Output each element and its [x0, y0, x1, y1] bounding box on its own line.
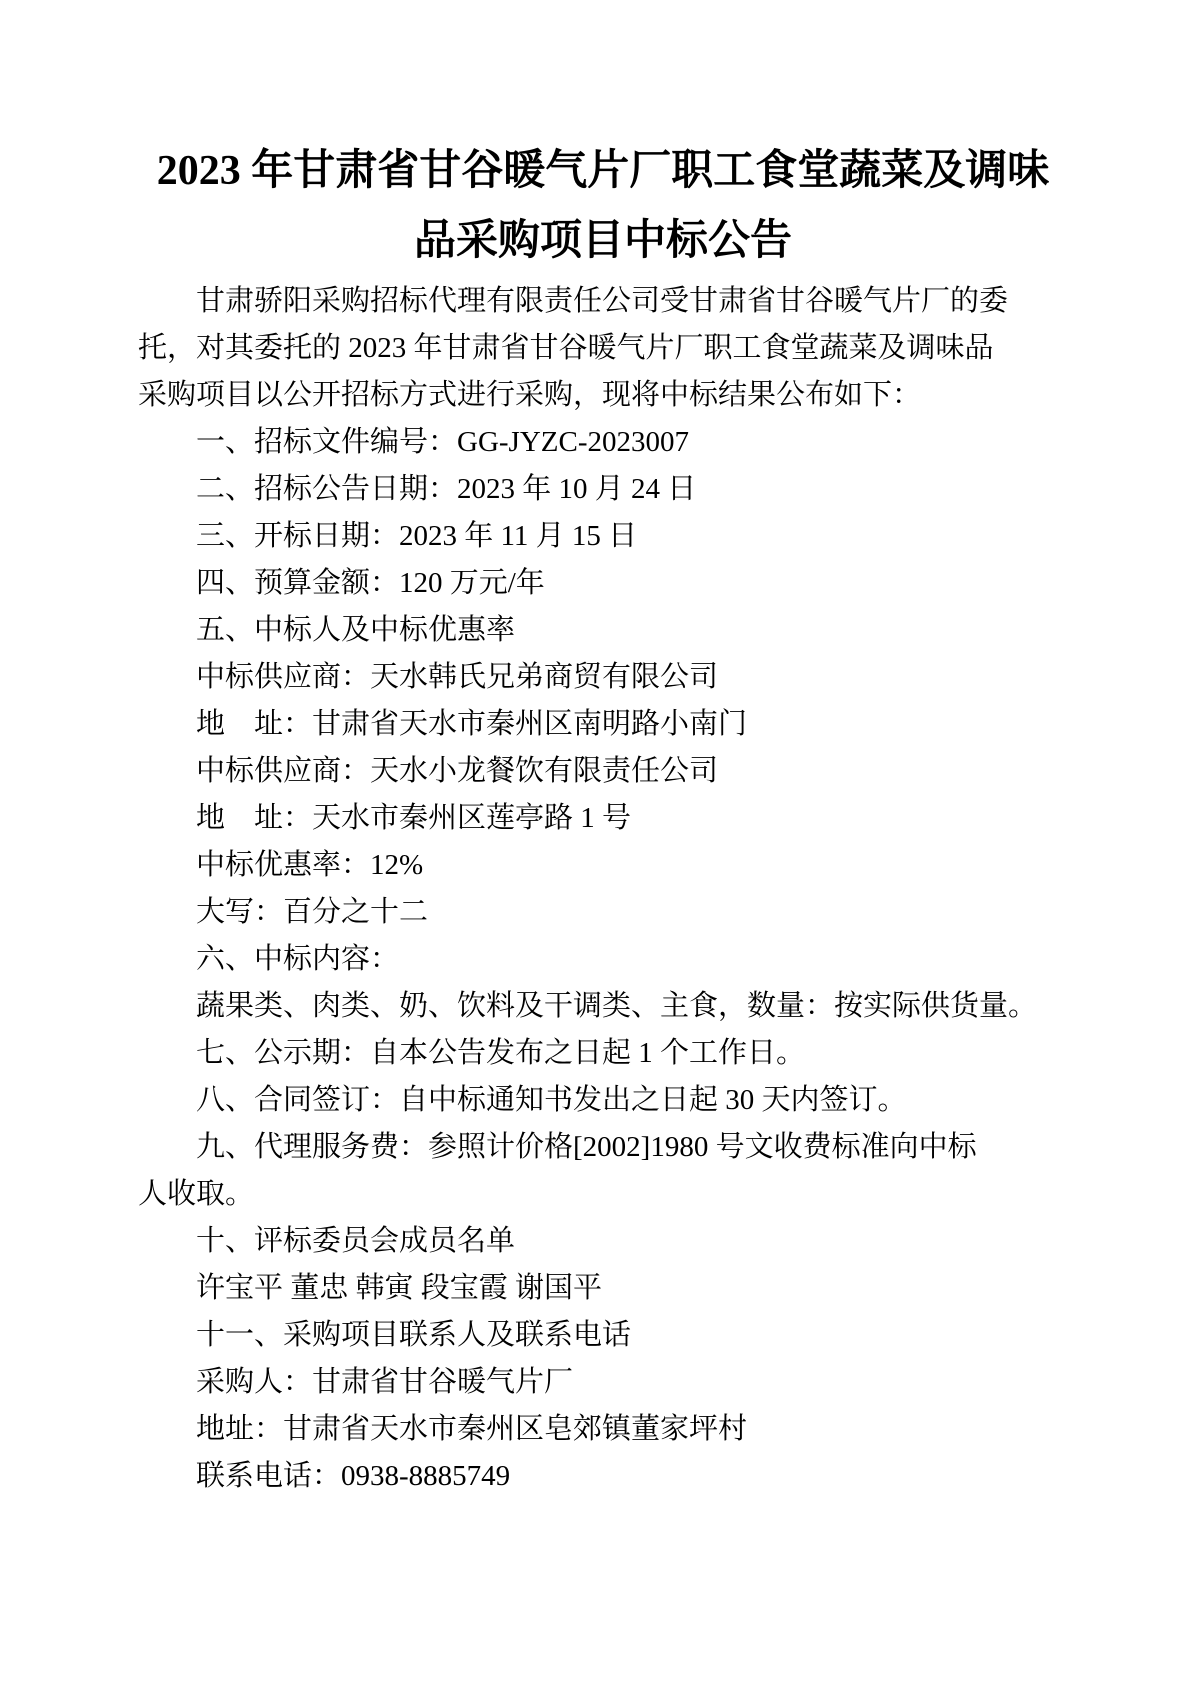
item-2-tender-announcement-date: 二、招标公告日期：2023 年 10 月 24 日 [138, 466, 1068, 513]
intro-paragraph-line-2: 托，对其委托的 2023 年甘肃省甘谷暖气片厂职工食堂蔬菜及调味品 [138, 325, 1068, 372]
intro-paragraph-line-1: 甘肃骄阳采购招标代理有限责任公司受甘肃省甘谷暖气片厂的委 [138, 278, 1068, 325]
evaluation-committee-members: 许宝平 董忠 韩寅 段宝霞 谢国平 [138, 1265, 1068, 1312]
item-6-award-content-heading: 六、中标内容： [138, 936, 1068, 983]
item-1-tender-document-number: 一、招标文件编号：GG-JYZC-2023007 [138, 419, 1068, 466]
document-body: 甘肃骄阳采购招标代理有限责任公司受甘肃省甘谷暖气片厂的委 托，对其委托的 202… [138, 278, 1068, 1500]
purchaser-address: 地址：甘肃省天水市秦州区皂郊镇董家坪村 [138, 1406, 1068, 1453]
item-11-contact-heading: 十一、采购项目联系人及联系电话 [138, 1312, 1068, 1359]
winning-supplier-1: 中标供应商：天水韩氏兄弟商贸有限公司 [138, 654, 1068, 701]
document-page: 2023 年甘肃省甘谷暖气片厂职工食堂蔬菜及调味 品采购项目中标公告 甘肃骄阳采… [0, 0, 1191, 1684]
item-9-agency-fee-line-2: 人收取。 [138, 1171, 1068, 1218]
item-5-winning-bidder-heading: 五、中标人及中标优惠率 [138, 607, 1068, 654]
award-content-detail: 蔬果类、肉类、奶、饮料及干调类、主食，数量：按实际供货量。 [138, 983, 1068, 1030]
item-8-contract-signing: 八、合同签订：自中标通知书发出之日起 30 天内签订。 [138, 1077, 1068, 1124]
item-7-publicity-period: 七、公示期：自本公告发布之日起 1 个工作日。 [138, 1030, 1068, 1077]
winning-supplier-2: 中标供应商：天水小龙餐饮有限责任公司 [138, 748, 1068, 795]
document-title-line-1: 2023 年甘肃省甘谷暖气片厂职工食堂蔬菜及调味 [138, 136, 1068, 206]
winning-supplier-2-address: 地 址：天水市秦州区莲亭路 1 号 [138, 795, 1068, 842]
document-title: 2023 年甘肃省甘谷暖气片厂职工食堂蔬菜及调味 品采购项目中标公告 [138, 136, 1068, 276]
purchaser-name: 采购人：甘肃省甘谷暖气片厂 [138, 1359, 1068, 1406]
document-title-line-2: 品采购项目中标公告 [138, 206, 1068, 276]
item-10-evaluation-committee-heading: 十、评标委员会成员名单 [138, 1218, 1068, 1265]
contact-phone: 联系电话：0938-8885749 [138, 1453, 1068, 1500]
item-3-bid-opening-date: 三、开标日期：2023 年 11 月 15 日 [138, 513, 1068, 560]
intro-paragraph-line-3: 采购项目以公开招标方式进行采购，现将中标结果公布如下： [138, 372, 1068, 419]
discount-rate-in-words: 大写：百分之十二 [138, 889, 1068, 936]
item-4-budget-amount: 四、预算金额：120 万元/年 [138, 560, 1068, 607]
winning-discount-rate: 中标优惠率：12% [138, 842, 1068, 889]
winning-supplier-1-address: 地 址：甘肃省天水市秦州区南明路小南门 [138, 701, 1068, 748]
item-9-agency-fee-line-1: 九、代理服务费：参照计价格[2002]1980 号文收费标准向中标 [138, 1124, 1068, 1171]
